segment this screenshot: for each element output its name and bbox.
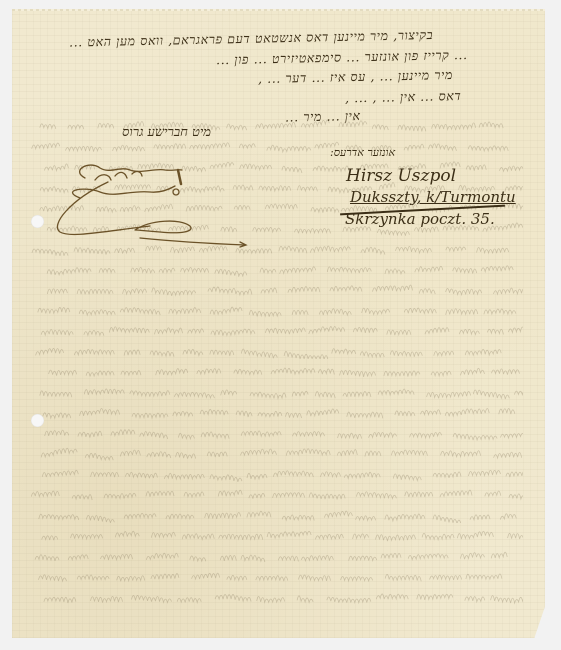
bleed-through-line	[28, 467, 523, 481]
return-address-town: Duksszty, k/Turmontu	[350, 188, 516, 206]
return-address-name: Hirsz Uszpol	[346, 166, 456, 186]
bleed-through-line	[28, 446, 523, 460]
bleed-through-line	[28, 385, 523, 399]
letter-closing: מיט חברישע גרוס	[122, 124, 211, 140]
bleed-through-line	[28, 303, 523, 317]
bleed-through-line	[28, 590, 523, 604]
bleed-through-line	[28, 528, 523, 542]
bleed-through-line	[28, 323, 523, 337]
bleed-through-line	[28, 508, 523, 522]
signature-flourishes-icon	[40, 140, 250, 250]
letter-line-4: דאס ... אין ... , ... ,	[344, 88, 461, 106]
bleed-through-line	[28, 549, 523, 563]
page-torn-top-edge	[12, 9, 545, 11]
bleed-through-line	[28, 344, 523, 358]
bleed-through-line	[28, 426, 523, 440]
letter-line-5: אין ... מיר ...	[285, 108, 361, 126]
bleed-through-line	[28, 487, 523, 501]
bleed-through-line	[28, 569, 523, 583]
bleed-through-line	[28, 364, 523, 378]
return-address-postbox: Skrzynka poczt. 35.	[345, 210, 495, 228]
return-address-heading: אונזער אדרעס:	[330, 146, 440, 159]
bleed-through-line	[28, 262, 523, 276]
bleed-through-line	[28, 118, 523, 132]
bleed-through-line	[28, 282, 523, 296]
bleed-through-line	[28, 405, 523, 419]
signatures	[40, 140, 250, 250]
